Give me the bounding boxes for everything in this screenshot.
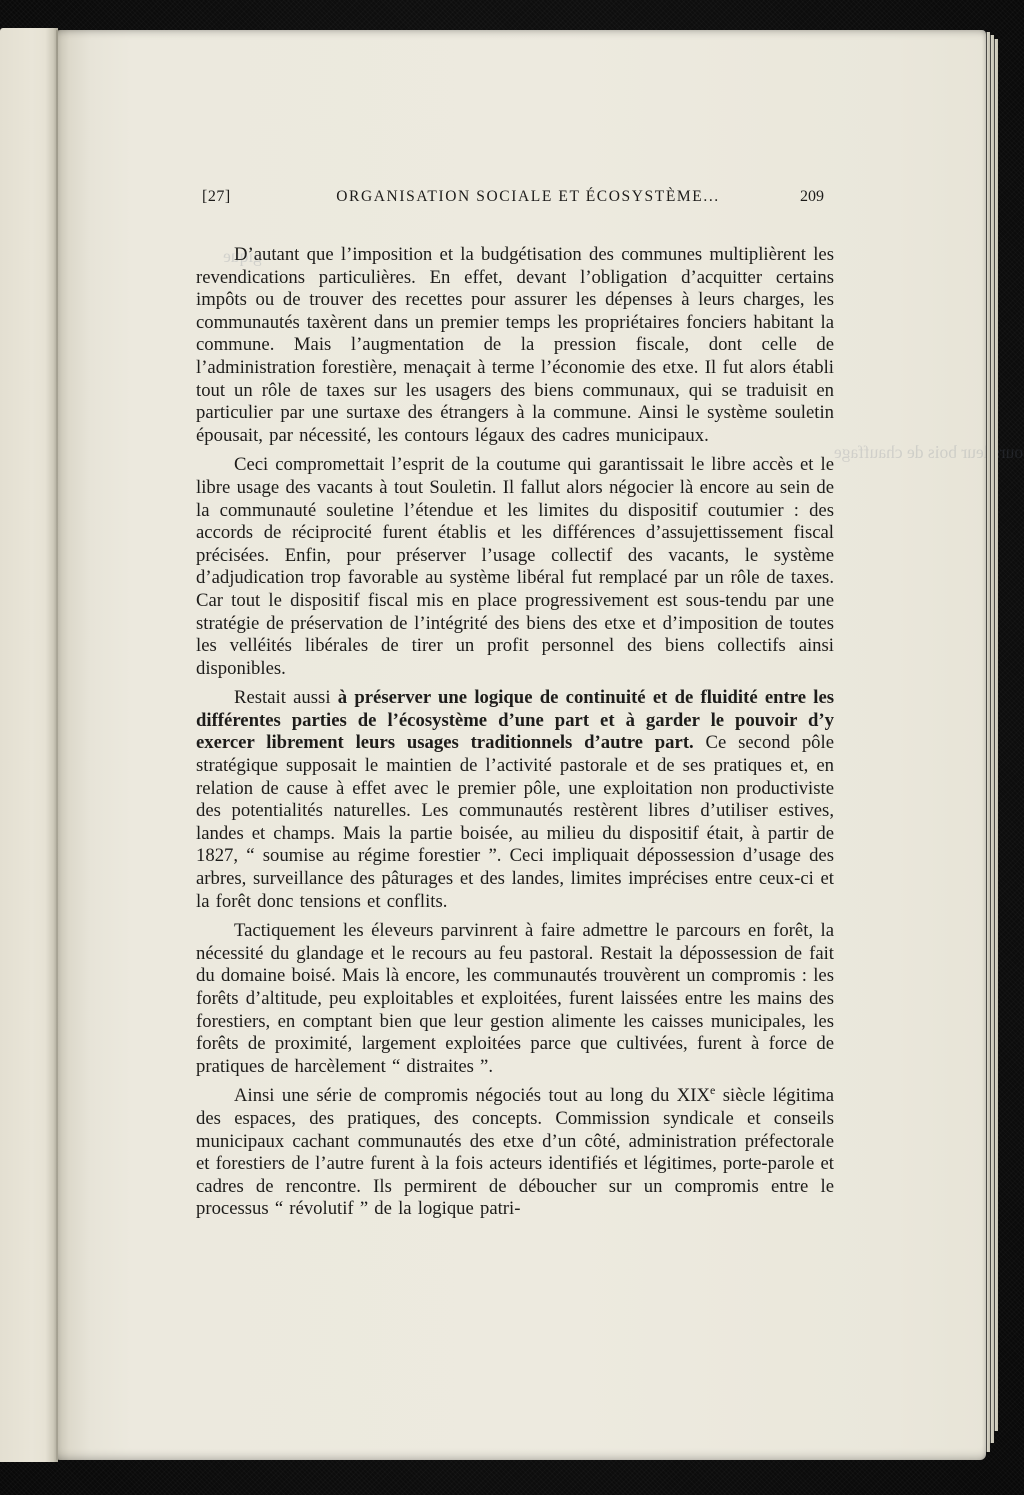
facing-page-edge <box>0 28 58 1462</box>
page-number: 209 <box>764 188 824 206</box>
open-book: [27] ORGANISATION SOCIALE ET ÉCOSYSTÈME.… <box>0 0 1024 1495</box>
body-text: D’autant que l’imposition et la budgétis… <box>196 244 834 1228</box>
paragraph-5-lead: Ainsi une série de compromis négociés to… <box>234 1085 710 1106</box>
paragraph-1: D’autant que l’imposition et la budgétis… <box>196 244 834 447</box>
paragraph-3: Restait aussi à préserver une logique de… <box>196 687 834 913</box>
paragraph-3-lead: Restait aussi <box>234 687 338 708</box>
paragraph-4: Tactiquement les éleveurs parvinrent à f… <box>196 920 834 1078</box>
running-title: ORGANISATION SOCIALE ET ÉCOSYSTÈME... <box>292 188 764 206</box>
section-reference: [27] <box>202 188 292 206</box>
paragraph-3-rest: Ce second pôle stratégique supposait le … <box>196 732 834 911</box>
printed-area: [27] ORGANISATION SOCIALE ET ÉCOSYSTÈME.… <box>196 30 834 1460</box>
page-edge-line <box>994 39 998 1431</box>
paragraph-2: Ceci compromettait l’esprit de la coutum… <box>196 454 834 680</box>
page-header: [27] ORGANISATION SOCIALE ET ÉCOSYSTÈME.… <box>202 188 824 206</box>
paragraph-5: Ainsi une série de compromis négociés to… <box>196 1085 834 1221</box>
book-page: [27] ORGANISATION SOCIALE ET ÉCOSYSTÈME.… <box>58 30 986 1460</box>
